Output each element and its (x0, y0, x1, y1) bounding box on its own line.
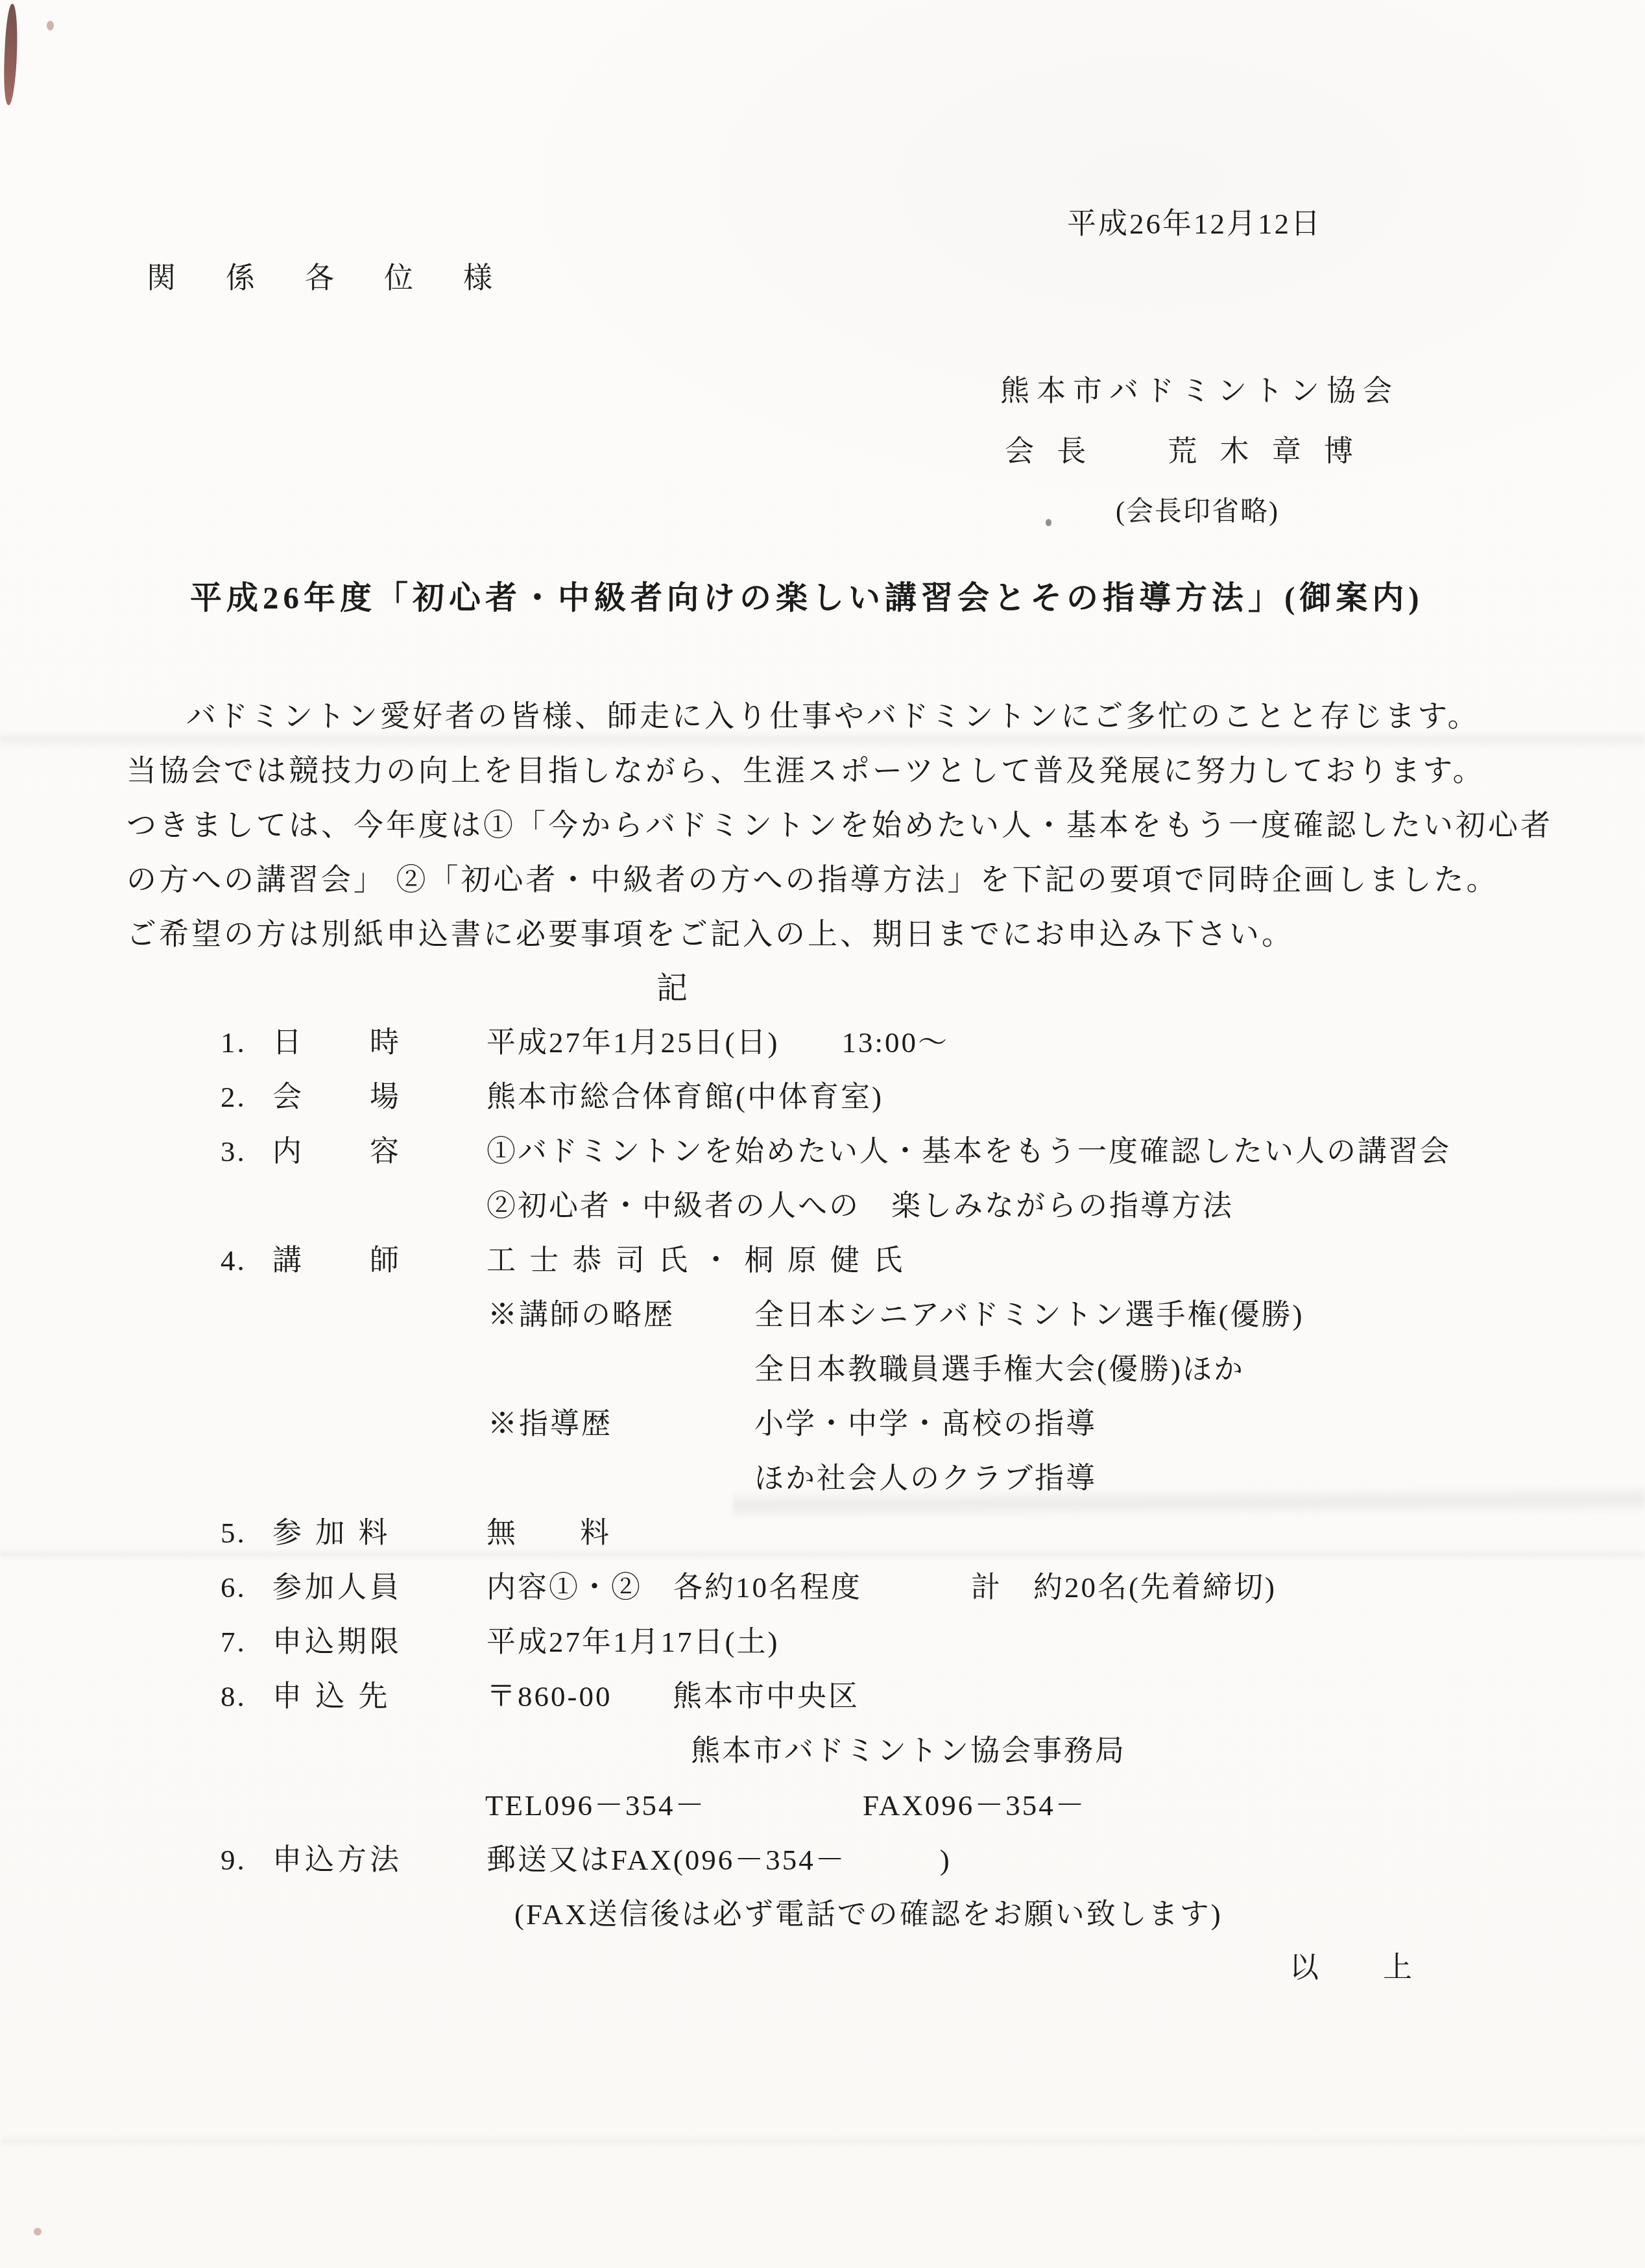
item-9-content: 郵送又はFAX(096－354－ ) (486, 1844, 952, 1877)
item-8-office-name: 熊本市バドミントン協会事務局 (691, 1735, 1126, 1768)
scan-fleck-bottom (34, 2228, 42, 2236)
paper-crease-middle (0, 1549, 1645, 1560)
item-9-number: 9. (221, 1844, 246, 1877)
item-8-fax: FAX096－354－ (863, 1789, 1087, 1823)
item-9-label: 申込方法 (272, 1844, 402, 1877)
item-1-label: 日 時 (272, 1026, 402, 1060)
coaching-history-2: ほか社会人のクラブ指導 (754, 1462, 1097, 1496)
seal-omitted-note: (会長印省略) (1116, 496, 1279, 527)
item-4-number: 4. (221, 1244, 246, 1278)
recipient-line: 関 係 各 位 様 (147, 262, 503, 296)
body-line-2: 当協会では競技力の向上を目指しながら、生涯スポーツとして普及発展に努力しておりま… (126, 754, 1485, 788)
sender-chairman-name: 会 長 荒 木 章 博 (1005, 435, 1361, 469)
item-6-label: 参加人員 (272, 1571, 402, 1605)
item-3-number: 3. (221, 1135, 246, 1169)
closing-marker: 以 上 (1290, 1951, 1414, 1985)
item-2-number: 2. (221, 1081, 246, 1115)
item-3-label: 内 容 (272, 1135, 402, 1169)
item-8-number: 8. (221, 1680, 246, 1714)
item-6-total: 計 約20名(先着締切) (971, 1571, 1277, 1605)
scanned-letter-page: 平成26年12月12日 関 係 各 位 様 熊本市バドミントン協会 会 長 荒 … (0, 0, 1645, 2268)
scan-dot-near-seal (1046, 519, 1051, 526)
body-line-5: ご希望の方は別紙申込書に必要事項をご記入の上、期日までにお申込み下さい。 (126, 917, 1294, 952)
coaching-history-label: ※指導歴 (488, 1408, 612, 1442)
item-8-label: 申 込 先 (272, 1680, 391, 1714)
item-9-fax-note: (FAX送信後は必ず電話での確認をお願い致します) (514, 1898, 1223, 1932)
item-8-tel: TEL096－354－ (485, 1789, 706, 1823)
item-6-number: 6. (221, 1571, 246, 1605)
item-3-content-1: ①バドミントンを始めたい人・基本をもう一度確認したい人の講習会 (486, 1135, 1451, 1169)
letter-title: 平成26年度「初心者・中級者向けの楽しい講習会とその指導方法」(御案内) (190, 580, 1424, 616)
item-5-content: 無 料 (486, 1517, 611, 1550)
item-1-number: 1. (221, 1026, 246, 1060)
item-3-content-2: ②初心者・中級者の人への 楽しみながらの指導方法 (486, 1190, 1234, 1224)
item-7-content: 平成27年1月17日(土) (486, 1626, 779, 1659)
sender-organization: 熊本市バドミントン協会 (1000, 375, 1399, 409)
body-line-4: の方への講習会」 ②「初心者・中級者の方への指導方法」を下記の要項で同時企画しま… (126, 863, 1499, 897)
item-2-label: 会 場 (272, 1081, 402, 1115)
item-2-content: 熊本市総合体育館(中体育室) (486, 1081, 883, 1115)
body-line-3: つきましては、今年度は①「今からバドミントンを始めたい人・基本をもう一度確認した… (126, 808, 1553, 843)
item-6-content: 内容①・② 各約10名程度 (486, 1571, 862, 1605)
item-4-label: 講 師 (272, 1244, 402, 1278)
item-8-postal-code: 〒860-00 (486, 1680, 612, 1714)
letter-date: 平成26年12月12日 (1067, 208, 1322, 241)
instructor-career-1: 全日本シニアバドミントン選手権(優勝) (754, 1299, 1304, 1333)
item-5-label: 参 加 料 (272, 1517, 391, 1550)
coaching-history-1: 小学・中学・髙校の指導 (754, 1408, 1097, 1442)
item-1-content: 平成27年1月25日(日) 13:00～ (486, 1026, 949, 1060)
scan-fleck-top (47, 21, 54, 30)
item-7-label: 申込期限 (272, 1626, 402, 1659)
item-4-instructor-names: 工 士 恭 司 氏 ・ 桐 原 健 氏 (486, 1244, 906, 1278)
item-5-number: 5. (221, 1517, 246, 1550)
body-line-1: バドミントン愛好者の皆様、師走に入り仕事やバドミントンにご多忙のことと存じます。 (186, 699, 1480, 734)
item-8-address: 熊本市中央区 (673, 1680, 859, 1714)
scan-stain-top-left (3, 4, 19, 106)
item-7-number: 7. (221, 1626, 246, 1659)
paper-crease-lower (0, 2134, 1645, 2147)
instructor-career-label: ※講師の略歴 (488, 1299, 675, 1333)
instructor-career-2: 全日本教職員選手権大会(優勝)ほか (754, 1353, 1245, 1387)
record-marker: 記 (656, 971, 688, 1006)
